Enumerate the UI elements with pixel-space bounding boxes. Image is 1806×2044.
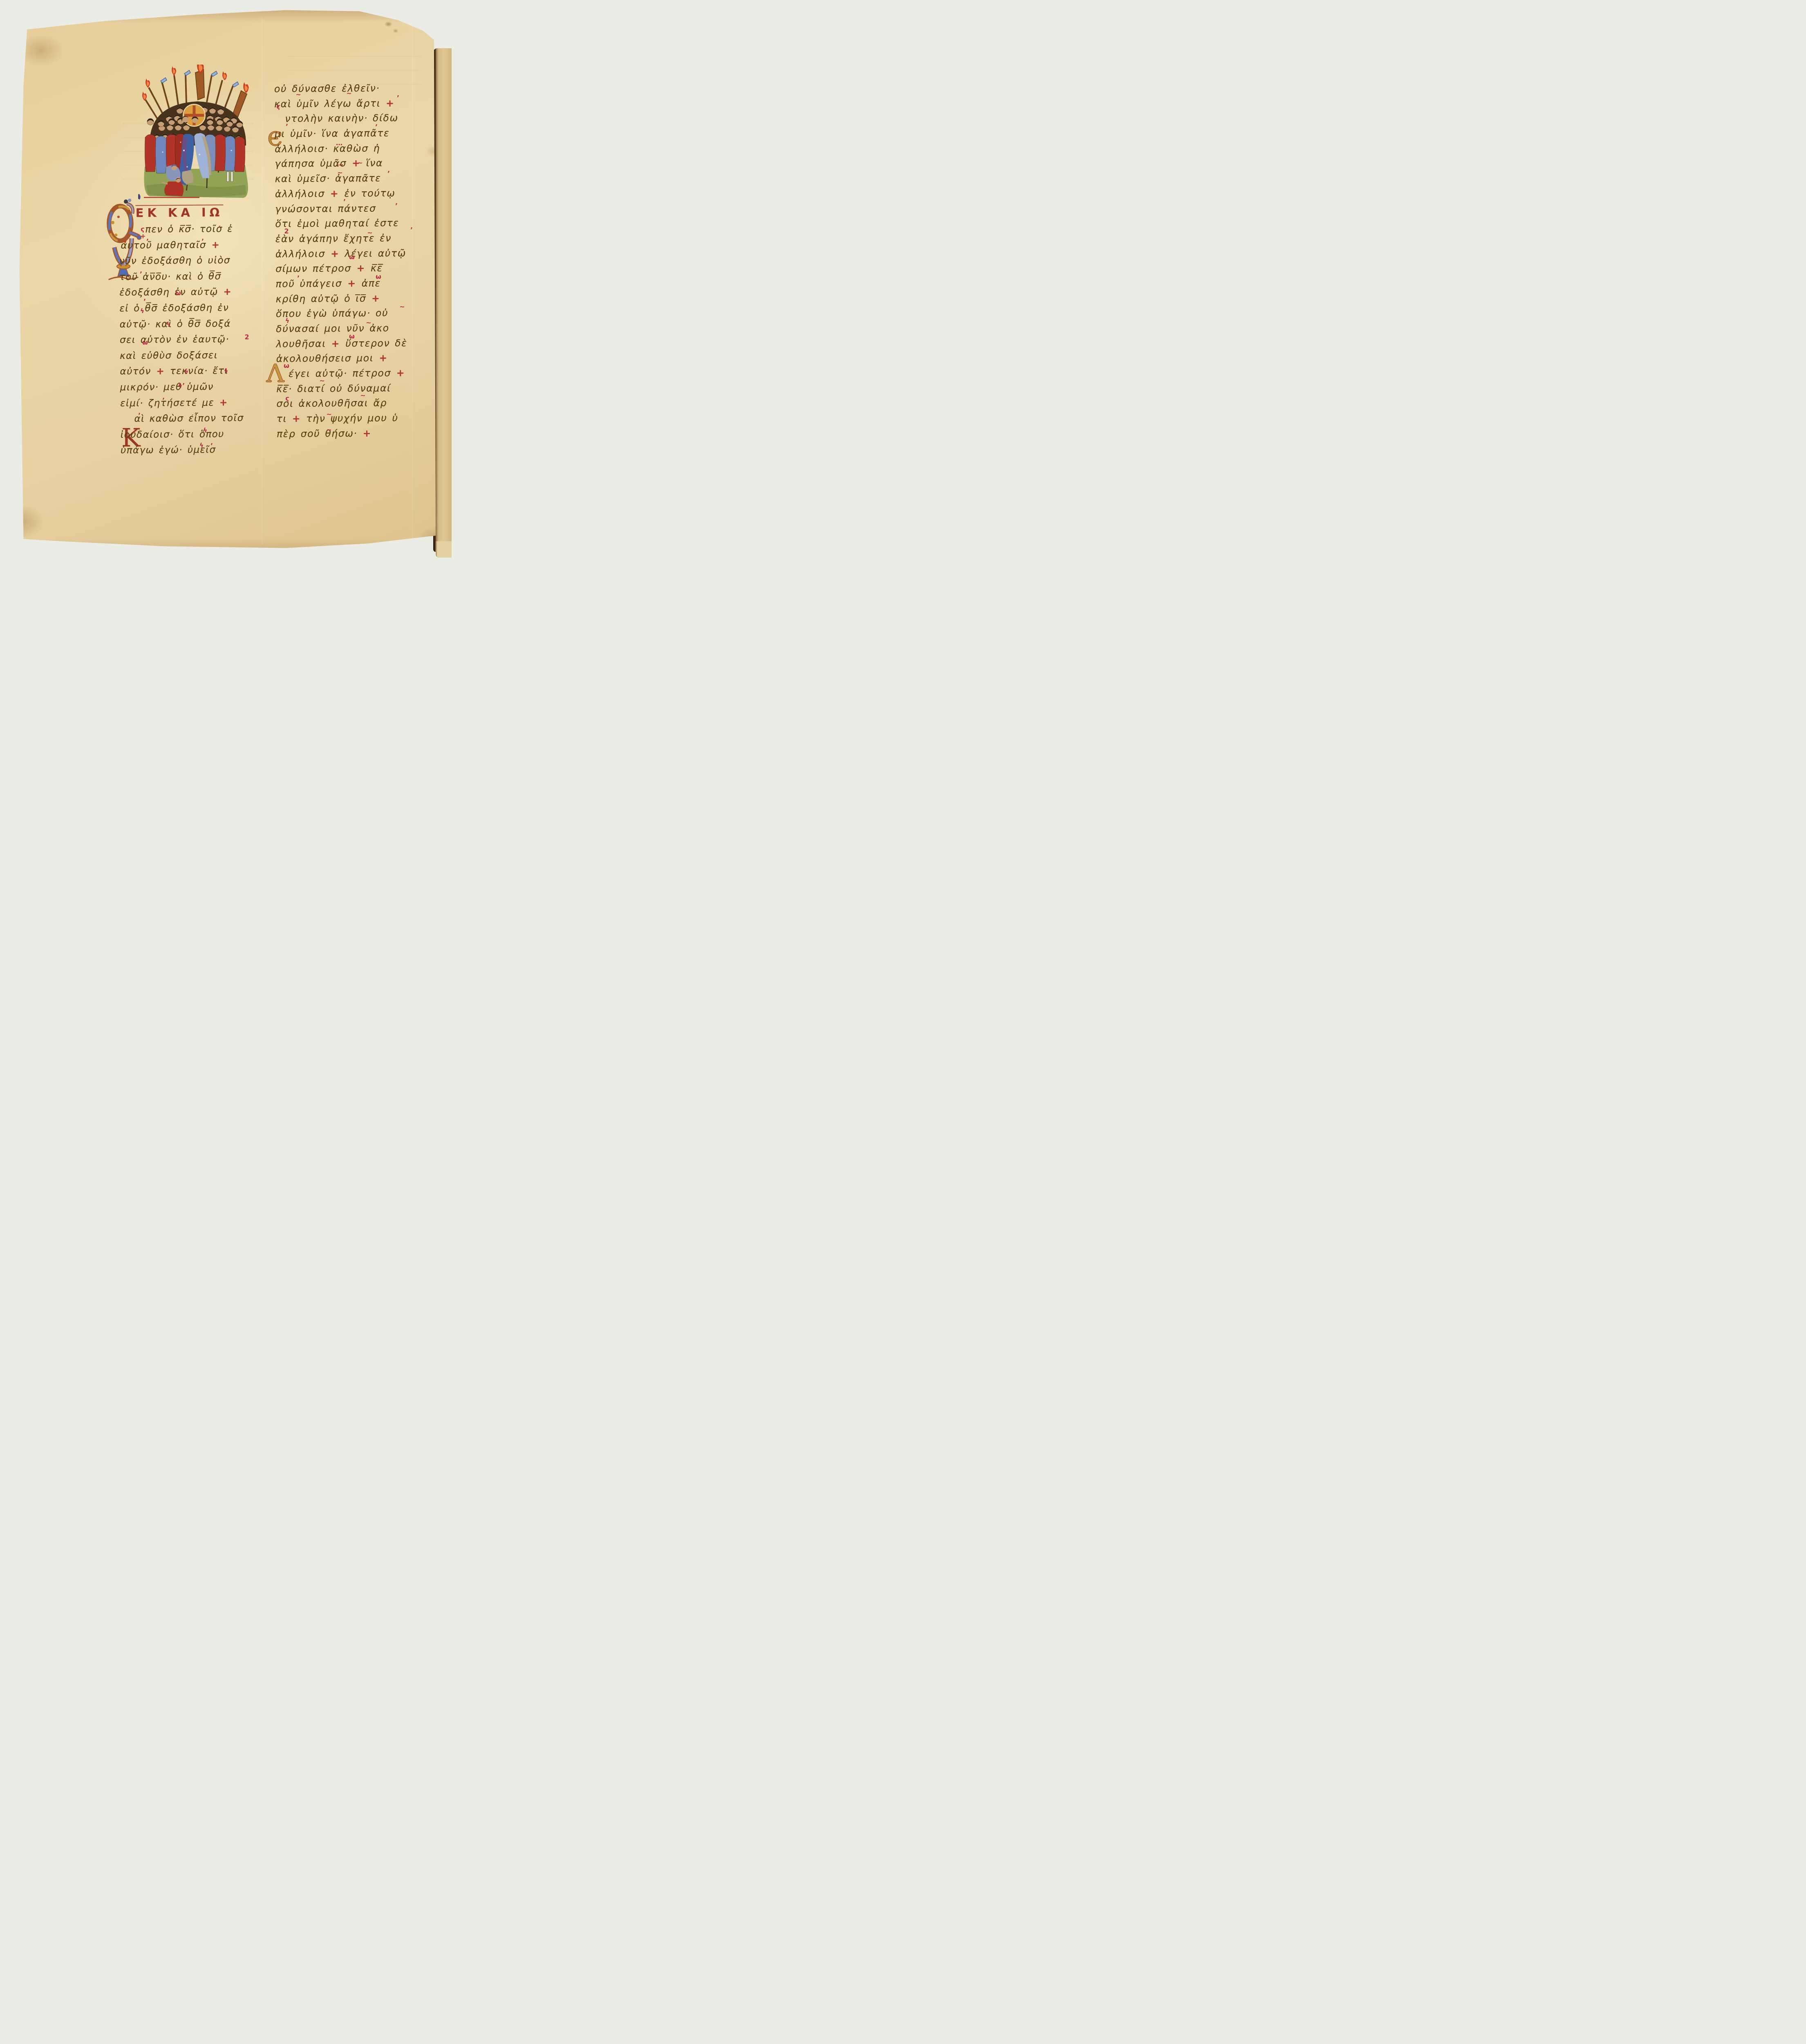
rubric-cross: + — [385, 97, 395, 109]
text-line: καὶ εὐθὺσ δοξάσει — [120, 347, 242, 364]
ekphonetic-mark: ϟ — [199, 442, 204, 449]
flames — [142, 65, 248, 101]
ekphonetic-mark: ϟ — [184, 368, 189, 375]
text-line: ὅπου ἐγὼ ὑπάγω· οὐ — [276, 305, 438, 321]
text-line: ἀλλήλοισ + ἐν τούτῳ — [275, 185, 437, 201]
text-line: ἀλλήλοισ + λέγει αὐτῷ — [275, 245, 437, 261]
text-line: αυτοῦ μαθηταῖσ + — [119, 237, 242, 254]
ekphonetic-mark: ~ — [326, 426, 331, 434]
text-line: έγει αὐτῷ· πέτροσ + — [276, 365, 438, 381]
ekphonetic-mark: + — [140, 232, 145, 240]
ekphonetic-mark: ϟ — [140, 307, 145, 315]
ekphonetic-mark: … — [337, 159, 343, 167]
ekphonetic-mark: ʼ — [138, 412, 141, 419]
text-line: εἰ ὁ θ̅σ̅ ἐδοξάσθη ἐν — [119, 300, 242, 317]
text-line: γνώσονται πάντεσ — [275, 200, 437, 216]
text-line: πεν ὁ κ̅σ̅· τοῖσ ἑ — [119, 221, 242, 238]
text-line: ἐὰν ἀγάπην ἔχητε ἐν — [275, 230, 437, 246]
ekphonetic-mark: ω — [376, 273, 381, 280]
text-line: ὑπάγω ἐγώ· ὑμεῖσ — [121, 442, 243, 459]
text-line: πὲρ σοῦ θήσω· + — [277, 425, 439, 441]
ekphonetic-mark: ʼ — [286, 123, 288, 130]
torch-cone — [195, 69, 204, 100]
ekphonetic-mark: ω — [349, 253, 355, 261]
ekphonetic-mark: ʼ — [395, 202, 398, 210]
ekphonetic-mark: ω — [349, 332, 355, 340]
text-line: αὐτῷ· καὶ ὁ θ̅σ̅ δοξά — [120, 316, 242, 333]
manuscript-photo-background: ΕΚ ΚΑ ΙΩ Κ Є Λ πεν ὁ κ̅σ̅· τοῖσ ἑαυτοῦ μ… — [0, 0, 452, 561]
ekphonetic-mark: ʼ — [397, 94, 399, 102]
ekphonetic-mark: ʼ — [146, 238, 149, 245]
text-line: σει αὐτὸν ἐν ἑαυτῷ· — [120, 332, 242, 348]
text-line: κ̅ε̅· διατί οὐ δύναμαί — [276, 380, 438, 396]
ekphonetic-mark: ~ — [326, 410, 331, 418]
rubric-cross: + — [211, 240, 220, 250]
ekphonetic-mark: ʼ — [343, 198, 346, 206]
text-line: δύνασαί μοι νῦν ἀκο — [276, 320, 438, 336]
ekphonetic-mark: ~ — [366, 319, 371, 327]
ekphonetic-mark: ϛ — [285, 394, 289, 402]
rubric-cross: + — [396, 367, 405, 379]
page-crease — [262, 17, 262, 544]
rubric-cross: + — [156, 366, 165, 377]
ekphonetic-mark: ʼ — [375, 123, 378, 131]
ekphonetic-mark: … — [336, 139, 342, 147]
rubric-cross: + — [378, 352, 388, 364]
rubric-cross: + — [330, 248, 340, 259]
text-line: τοῦ ἀν̅ο̅υ· καὶ ὁ θ̅σ̅ — [119, 269, 242, 285]
ekphonetic-mark: ʼ — [201, 238, 204, 245]
ekphonetic-mark: ω — [175, 289, 181, 297]
text-line: εἰμί· ζητήσετέ με + — [120, 394, 243, 411]
ekphonetic-mark: ~ — [360, 392, 365, 399]
ekphonetic-mark: ʼ — [143, 298, 146, 305]
text-line: καὶ ὑμεῖσ· ἀγαπᾶτε — [275, 170, 436, 186]
ekphonetic-mark: ~ — [295, 91, 301, 99]
ekphonetic-mark: ϟ — [203, 426, 208, 434]
ekphonetic-mark: ʼ — [297, 274, 300, 282]
ekphonetic-mark: ʼ — [140, 270, 142, 278]
lection-heading: ΕΚ ΚΑ ΙΩ — [118, 205, 241, 220]
text-line: ἀλλήλοισ· καθὼσ ἠ — [275, 140, 436, 156]
rubric-cross: + — [223, 287, 232, 297]
ekphonetic-mark: ϟʼ — [178, 382, 185, 390]
ekphonetic-mark: ~ — [337, 169, 342, 177]
text-line: τι + τὴν ψυχήν μου ὑ — [277, 410, 439, 426]
bleedthrough-ghost — [286, 48, 421, 85]
ekphonetic-mark: ~ — [319, 377, 324, 385]
ekphonetic-mark: ϛ — [276, 103, 280, 110]
text-line: σοι ἀκολουθῆσαι ἄρ — [276, 395, 438, 411]
text-line: μι ὑμῖν· ἵνα ἀγαπᾶτε — [275, 126, 436, 141]
text-line: ἰουδαίοισ· ὅτι ὅπου — [120, 426, 243, 443]
ekphonetic-mark: ω — [142, 338, 148, 346]
rubric-cross: + — [347, 278, 356, 289]
torch-cone — [233, 91, 247, 117]
ekphonetic-mark: ϟ — [166, 320, 171, 328]
ekphonetic-mark: ϟ — [285, 317, 290, 325]
text-line: ἀκολουθήσεισ μοι + — [276, 350, 438, 366]
text-line: ποῦ ὑπάγεισ + ἀπε — [275, 276, 437, 291]
rubric-cross: + — [331, 338, 340, 349]
text-line: γάπησα ὑμᾶσ + ἵνα — [275, 155, 436, 171]
ekphonetic-mark: ~ — [346, 90, 351, 97]
rubric-cross: + — [219, 397, 228, 408]
ekphonetic-mark: ~ — [367, 229, 372, 237]
text-line: κρίθη αὐτῷ ὁ ι̅σ̅ + — [276, 290, 438, 306]
right-text-column: οὐ δύνασθε ἐλθεῖν·καὶ ὑμῖν λέγω ἄρτι +ντ… — [274, 81, 439, 442]
ekphonetic-mark: ω — [284, 362, 289, 370]
ekphonetic-mark: ʼ — [210, 442, 213, 450]
text-line: σίμων πέτροσ + κ̅ε̅ — [275, 260, 437, 276]
ekphonetic-mark: ´ — [190, 414, 194, 421]
text-line: ντολὴν καινὴν· δίδω — [274, 110, 436, 126]
rubric-cross: + — [330, 188, 339, 199]
ekphonetic-mark: ~ — [357, 159, 363, 167]
text-line: λουθῆσαι + ὕστερον δὲ — [276, 335, 438, 351]
text-line: νῦν ἐδοξάσθη ὁ υἱὸσ — [119, 253, 242, 269]
rubric-cross: + — [363, 428, 372, 439]
ekphonetic-mark: ~ — [399, 303, 405, 311]
ekphonetic-mark: ʼ — [410, 226, 413, 234]
ekphonetic-mark: ʼ — [387, 170, 390, 177]
rubric-cross: + — [371, 292, 380, 304]
rubric-cross: + — [292, 413, 301, 424]
betrayal-miniature — [138, 65, 257, 201]
ekphonetic-mark: 2 — [244, 333, 249, 341]
ekphonetic-mark: ϟ — [224, 367, 228, 375]
ekphonetic-mark: ´ — [217, 225, 221, 233]
rubric-cross: + — [356, 262, 366, 274]
ekphonetic-mark: 2 — [284, 227, 289, 235]
left-text-column: πεν ὁ κ̅σ̅· τοῖσ ἑαυτοῦ μαθηταῖσ +νῦν ἐδ… — [119, 221, 243, 459]
ekphonetic-mark: ʼ — [162, 397, 165, 404]
